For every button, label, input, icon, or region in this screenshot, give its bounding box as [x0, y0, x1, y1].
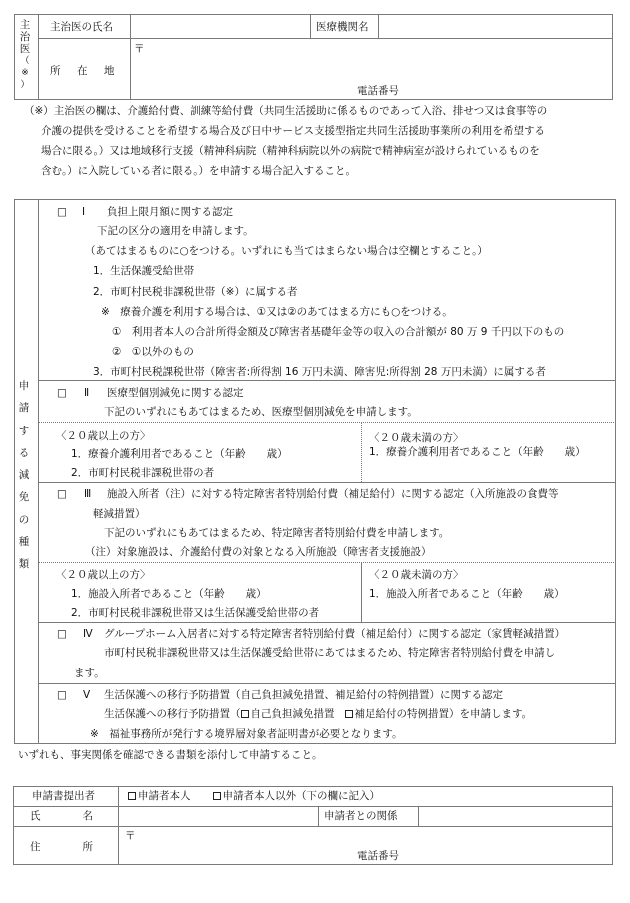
- side-char: 申: [17, 375, 31, 397]
- section3-adult-item1[interactable]: 1．施設入所者であること（年齢 歳）: [71, 587, 267, 601]
- divider: [418, 806, 419, 826]
- section5-title: 生活保護への移行予防措置（自己負担減免措置、補足給付の特例措置）に関する認定: [104, 688, 503, 702]
- side-char: 治: [18, 31, 32, 43]
- section1-sub2[interactable]: ② ①以外のもの: [112, 345, 194, 359]
- side-char: す: [17, 420, 31, 442]
- doctor-address-label: 所 在 地: [50, 64, 118, 78]
- section1-item3[interactable]: 3．市町村民税課税世帯（障害者:所得割 16 万円未満、障害児:所得割 28 万…: [93, 365, 546, 379]
- relation-field[interactable]: [420, 807, 611, 825]
- option-other-label: 申請者本人以外（下の欄に記入）: [223, 790, 381, 802]
- doctor-name-field[interactable]: [132, 15, 308, 37]
- section2-title: 医療型個別減免に関する認定: [107, 386, 244, 400]
- section5-option2-checkbox[interactable]: [345, 710, 353, 718]
- submitter-label: 申請書提出者: [32, 789, 95, 803]
- section3-adult-item2[interactable]: 2．市町村民税非課税世帯又は生活保護受給世帯の者: [71, 606, 319, 620]
- divider: [310, 14, 311, 38]
- doctor-side-label: 主 治 医 （ ※ ）: [18, 19, 32, 91]
- side-char: （: [18, 55, 32, 67]
- section4-checkbox[interactable]: □: [57, 627, 67, 641]
- doctor-phone-field[interactable]: [405, 80, 605, 98]
- divider: [13, 826, 613, 827]
- section5-checkbox[interactable]: □: [57, 688, 67, 702]
- section-2: □ Ⅱ 医療型個別減免に関する認定 下記のいずれにもあてはまるため、医療型個別減…: [38, 380, 616, 482]
- side-char: 主: [18, 19, 32, 31]
- divider: [130, 14, 131, 100]
- section-4: □ Ⅳ グループホーム入居者に対する特定障害者特別給付費（補足給付）に関する認定…: [38, 622, 616, 683]
- submitter-address-field[interactable]: [140, 828, 610, 848]
- section-1: □ Ⅰ 負担上限月額に関する認定 下記の区分の適用を申請します。 （あてはまるも…: [38, 199, 616, 380]
- relation-label: 申請者との関係: [324, 809, 398, 823]
- section3-child-item1[interactable]: 1．施設入所者であること（年齢 歳）: [369, 587, 565, 601]
- option-other-checkbox[interactable]: [213, 792, 221, 800]
- section1-line1: 下記の区分の適用を申請します。: [97, 224, 254, 238]
- section2-child-item1[interactable]: 1．療養介護利用者であること（年齢 歳）: [369, 445, 586, 459]
- side-char: 減: [17, 464, 31, 486]
- attach-note: いずれも、事実関係を確認できる書類を添付して申請すること。: [18, 748, 323, 762]
- submitter-name-field[interactable]: [120, 807, 316, 825]
- doctor-phone-label: 電話番号: [357, 84, 399, 98]
- section-3: □ Ⅲ 施設入所者（注）に対する特定障害者特別給付費（補足給付）に関する認定（入…: [38, 482, 616, 622]
- option-self-label: 申請者本人: [138, 790, 191, 802]
- section4-line1: 市町村民税非課税世帯又は生活保護受給世帯にあてはまるため、特定障害者特別給付費を…: [104, 646, 555, 660]
- section5-option1-label: 自己負担減免措置: [251, 708, 335, 720]
- submitter-name-label: 氏 名: [30, 809, 93, 823]
- section2-adult-item1[interactable]: 1．療養介護利用者であること（年齢 歳）: [71, 447, 288, 461]
- section1-title: 負担上限月額に関する認定: [107, 205, 233, 219]
- doctor-note-line: （※）主治医の欄は、介護給付費、訓練等給付費（共同生活援助に係るものであって入浴…: [24, 104, 547, 118]
- side-char: 医: [18, 43, 32, 55]
- side-char: ※: [18, 67, 32, 79]
- divider: [38, 38, 613, 39]
- divider: [38, 14, 39, 100]
- section3-line1: 下記のいずれにもあてはまるため、特定障害者特別給付費を申請します。: [104, 526, 449, 540]
- doctor-note-line: 場合に限る。）又は地域移行支援（精神科病院（精神科病院以外の病院で精神病室が設け…: [41, 144, 540, 158]
- side-char: の: [17, 509, 31, 531]
- institution-field[interactable]: [380, 15, 611, 37]
- section1-item1[interactable]: 1．生活保護受給世帯: [93, 264, 194, 278]
- section4-line1-cont: ます。: [74, 666, 105, 680]
- section3-note: （注）対象施設は、介護給付費の対象となる入所施設（障害者支援施設）: [85, 545, 432, 559]
- submitter-options: 申請者本人申請者本人以外（下の欄に記入）: [128, 789, 380, 803]
- divider: [318, 806, 319, 826]
- section3-child-header: 〈２０歳未満の方〉: [369, 568, 464, 582]
- submitter-phone-label: 電話番号: [357, 849, 399, 863]
- section5-line1-prefix: 生活保護への移行予防措置（: [104, 708, 241, 720]
- divider: [378, 14, 379, 38]
- section3-numeral: Ⅲ: [84, 487, 91, 501]
- section1-note: ※ 療養介護を利用する場合は、①又は②のあてはまる方にも○をつける。: [101, 305, 453, 319]
- divider: [361, 422, 362, 482]
- doctor-name-label: 主治医の氏名: [50, 20, 113, 34]
- divider: [38, 422, 616, 423]
- reduction-side-label: 申 請 す る 減 免 の 種 類: [17, 375, 31, 576]
- section5-numeral: Ⅴ: [83, 688, 90, 702]
- submitter-address-label: 住 所: [30, 840, 93, 854]
- section3-adult-header: 〈２０歳以上の方〉: [56, 568, 151, 582]
- section4-title: グループホーム入居者に対する特定障害者特別給付費（補足給付）に関する認定（家賃軽…: [104, 627, 565, 641]
- section3-title-cont: 軽減措置）: [93, 507, 146, 521]
- side-char: 請: [17, 397, 31, 419]
- section2-numeral: Ⅱ: [84, 386, 89, 400]
- section4-numeral: Ⅳ: [83, 627, 93, 641]
- divider: [38, 562, 616, 563]
- section2-child-header: 〈２０歳未満の方〉: [369, 431, 464, 445]
- side-char: 類: [17, 553, 31, 575]
- section2-adult-item2[interactable]: 2．市町村民税非課税世帯の者: [71, 466, 214, 480]
- section1-numeral: Ⅰ: [82, 205, 85, 219]
- institution-label: 医療機関名: [316, 20, 369, 34]
- section5-option2-label: 補足給付の特例措置: [355, 708, 450, 720]
- section5-line1: 生活保護への移行予防措置（自己負担減免措置補足給付の特例措置）を申請します。: [104, 707, 532, 721]
- section3-title: 施設入所者（注）に対する特定障害者特別給付費（補足給付）に関する認定（入所施設の…: [107, 487, 559, 501]
- section1-item2[interactable]: 2．市町村民税非課税世帯（※）に属する者: [93, 285, 297, 299]
- side-char: 免: [17, 486, 31, 508]
- section2-adult-header: 〈２０歳以上の方〉: [56, 429, 151, 443]
- postal-mark: 〒: [134, 42, 145, 56]
- option-self-checkbox[interactable]: [128, 792, 136, 800]
- submitter-phone-field[interactable]: [405, 848, 605, 864]
- doctor-note-line: 含む。）に入院している者に限る。）を申請する場合記入すること。: [41, 164, 356, 178]
- section2-line1: 下記のいずれにもあてはまるため、医療型個別減免を申請します。: [104, 405, 418, 419]
- section5-line1-suffix: ）を申請します。: [449, 708, 532, 720]
- submitter-postal-mark: 〒: [125, 829, 136, 843]
- side-char: ）: [18, 79, 32, 91]
- section1-line2: （あてはまるものに○をつける。いずれにも当てはまらない場合は空欄とすること。）: [85, 244, 488, 258]
- section5-note: ※ 福祉事務所が発行する境界層対象者証明書が必要となります。: [90, 727, 402, 741]
- divider: [361, 562, 362, 622]
- section3-checkbox[interactable]: □: [57, 487, 67, 501]
- section2-checkbox[interactable]: □: [57, 386, 67, 400]
- doctor-note-line: 介護の提供を受けることを希望する場合及び日中サービス支援型指定共同生活援助事業所…: [41, 124, 545, 138]
- side-char: 種: [17, 531, 31, 553]
- section-5: □ Ⅴ 生活保護への移行予防措置（自己負担減免措置、補足給付の特例措置）に関する…: [38, 683, 616, 744]
- section1-checkbox[interactable]: □: [57, 205, 67, 219]
- doctor-address-field[interactable]: [148, 40, 608, 76]
- section1-sub1[interactable]: ① 利用者本人の合計所得金額及び障害者基礎年金等の収入の合計額が 80 万 9 …: [112, 325, 564, 339]
- side-char: る: [17, 442, 31, 464]
- section5-option1-checkbox[interactable]: [241, 710, 249, 718]
